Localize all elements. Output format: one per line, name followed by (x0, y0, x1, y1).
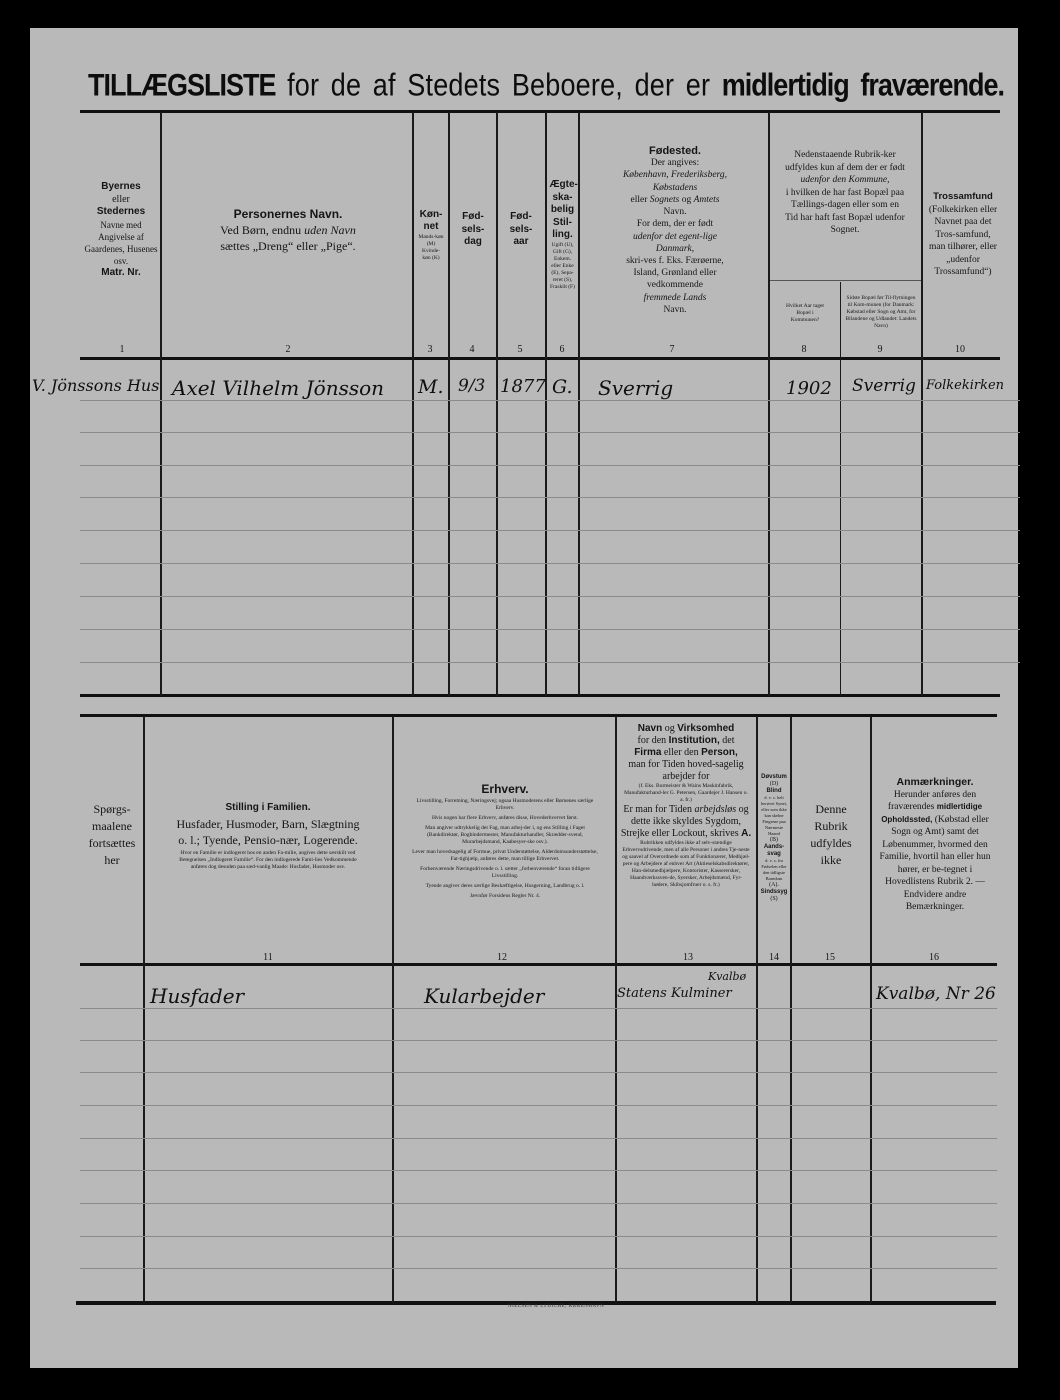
row-line (80, 629, 1020, 630)
header-group-8-9: Nedenstaaende Rubrik-ker udfyldes kun af… (772, 128, 918, 258)
col-divider (143, 716, 145, 1303)
col-divider (921, 112, 923, 696)
top-rule (80, 110, 1000, 113)
column-number: 13 (676, 952, 700, 963)
column-number: 10 (948, 344, 972, 355)
header-rule (80, 963, 997, 966)
top-rule (80, 714, 997, 717)
row-line (80, 1008, 997, 1009)
cell-birth-year: 1877 (500, 376, 546, 397)
col-divider (615, 716, 617, 1303)
cell-occupation: Kularbejder (424, 984, 544, 1008)
row-line (80, 1203, 997, 1204)
header-col-6: Ægte-ska-belig Stil-ling. Ugift (U), Gif… (547, 140, 578, 330)
header-col-12: Erhverv. Livsstilling, Forretning, Nærin… (400, 745, 610, 935)
col-divider (392, 716, 394, 1303)
col-divider (870, 716, 872, 1303)
row-line (80, 563, 1020, 564)
col-divider (160, 112, 162, 696)
row-line (80, 400, 1020, 401)
cell-previous-residence: Sverrig (852, 376, 916, 396)
row-line (80, 662, 1020, 663)
subheader-divider (770, 280, 922, 281)
column-number: 6 (550, 344, 574, 355)
cell-birth-day: 9/3 (458, 376, 485, 396)
cell-employer-note: Kvalbø (708, 970, 746, 983)
header-col-1: Byernes eller Stedernes Navne med Angive… (84, 160, 158, 300)
row-line (80, 1236, 997, 1237)
form-title: TILLÆGSLISTE for de af Stedets Beboere, … (88, 68, 1004, 109)
row-line (80, 465, 1020, 466)
row-line (80, 497, 1020, 498)
header-col-16: Anmærkninger. Herunder anføres den fravæ… (874, 770, 996, 920)
col-divider (790, 716, 792, 1303)
header-col-2: Personernes Navn. Ved Børn, endnu uden N… (170, 200, 406, 260)
header-col-3: Køn-net Mands-køn (M) Kvinde-køn (K) (414, 190, 448, 280)
row-line (80, 596, 1020, 597)
row-line (80, 432, 1020, 433)
cell-religion: Folkekirken (926, 378, 1004, 393)
cell-employer: Statens Kulminer (617, 986, 732, 1001)
cell-sex: M. (418, 376, 444, 398)
column-number: 3 (418, 344, 442, 355)
cell-address: V. Jönssons Hus (32, 376, 159, 395)
printer-imprint: NIELSEN & LYDICHE, KØBENHAVN (508, 1304, 604, 1309)
col-divider (578, 112, 580, 696)
header-col-9: Sidste Bopæl før Til-flytningen til Kom-… (843, 284, 919, 340)
column-number: 5 (508, 344, 532, 355)
row-line (80, 530, 1020, 531)
title-bold-left: TILLÆGSLISTE (88, 68, 276, 104)
col-divider (448, 112, 450, 696)
header-rule (80, 357, 1000, 360)
header-col-4: Fød-sels-dag (452, 200, 494, 260)
col-divider (496, 112, 498, 696)
header-col-7: Fødested. Der angives: København, Freder… (590, 128, 760, 333)
header-col-5: Fød-sels-aar (500, 200, 542, 260)
column-number: 11 (256, 952, 280, 963)
row-line (80, 1138, 997, 1139)
cell-remarks: Kvalbø, Nr 26 (876, 984, 996, 1004)
column-number: 9 (868, 344, 892, 355)
header-col-11: Stilling i Familien. Husfader, Husmoder,… (150, 775, 386, 895)
header-col-14: Døvstum (D) Blind d. v. s. helt berøvet … (758, 738, 790, 938)
row-line (80, 1268, 997, 1269)
col-divider (768, 112, 770, 696)
column-number: 4 (460, 344, 484, 355)
cell-family-position: Husfader (150, 984, 244, 1008)
header-col-8: Hvilket Aar taget Bopæl i Kommunen? (772, 288, 838, 338)
column-number: 2 (276, 344, 300, 355)
row-line (80, 1105, 997, 1106)
column-number: 8 (792, 344, 816, 355)
column-number: 15 (818, 952, 842, 963)
cell-birthplace: Sverrig (598, 376, 673, 400)
header-col-10: Trossamfund (Folkekirken eller Navnet pa… (924, 175, 1002, 295)
header-col-13: Navn og Virksomhed for den Institution, … (619, 723, 753, 953)
cell-name: Axel Vilhelm Jönsson (172, 376, 384, 400)
column-number: 7 (660, 344, 684, 355)
column-number: 14 (762, 952, 786, 963)
column-number: 16 (922, 952, 946, 963)
header-col-15: Denne Rubrik udfyldes ikke (794, 795, 868, 875)
col-divider (840, 282, 841, 696)
row-line (80, 1040, 997, 1041)
row-line (80, 1072, 997, 1073)
cell-marital-status: G. (552, 376, 573, 398)
bottom-rule (80, 694, 1000, 697)
continuation-note: Spørgs-maalene fortsættes her (82, 800, 142, 870)
cell-year-moved: 1902 (786, 378, 832, 399)
column-number: 12 (490, 952, 514, 963)
row-line (80, 1170, 997, 1171)
column-number: 1 (110, 344, 134, 355)
